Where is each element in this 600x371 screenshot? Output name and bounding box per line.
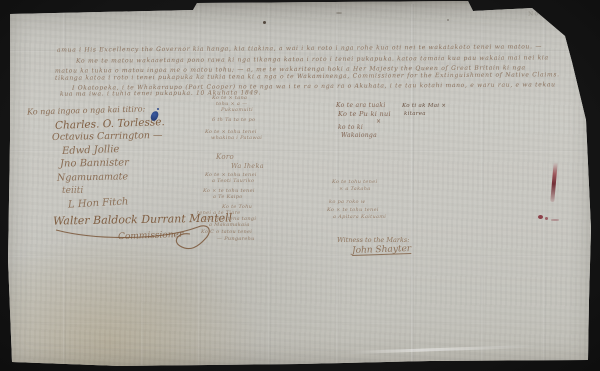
red-wax-dot: [545, 217, 548, 220]
mark-entry: kitarea: [404, 111, 426, 117]
mark-entry: 6 th Ta ta te po: [212, 117, 255, 123]
mark-entry: Ko ti ak Mai ×: [402, 103, 446, 109]
mark-entry: a Teoti Tauriko: [212, 178, 254, 184]
ink-speck: [263, 21, 266, 24]
marks-witness-label: Witness to the Marks:: [337, 236, 409, 244]
mark-entry: ×: [376, 118, 381, 125]
mark-entry: a Apitara Kaituami: [333, 214, 386, 220]
mark-entry: Koro: [216, 153, 234, 161]
witness-signature: Jno Bannister: [60, 157, 129, 169]
mark-entry: Ko × te tohu tenei: [327, 207, 379, 213]
mark-entry: Ko te ara tuaki: [336, 102, 386, 109]
red-wax-dot: [551, 219, 559, 221]
pencil-annotation: No 5 AW: [528, 9, 563, 17]
witness-signature: teiiti: [62, 186, 83, 196]
mark-entry: Wakaionga: [341, 132, 377, 139]
document-page: No 5 AW amua i His Excellency the Govern…: [0, 0, 600, 371]
red-wax-dot: [538, 215, 543, 219]
mark-entry: × a Takaha: [339, 186, 371, 192]
scan-backdrop: No 5 AW amua i His Excellency the Govern…: [0, 0, 600, 371]
witness-signature: Octavius Carrington —: [52, 130, 163, 143]
marks-witness-signature: John Shayter: [352, 244, 411, 256]
ink-speck: [447, 19, 449, 21]
mark-entry: a Te Kaipo: [213, 194, 243, 200]
mark-entry: Ko te tohu tenei: [332, 179, 377, 185]
mark-entry: Pukuamuiti: [221, 107, 253, 113]
witness-signature: Ngamunamate: [57, 171, 128, 183]
mark-entry: a Makamakaia: [209, 222, 250, 228]
mark-entry: Wa Iheka: [231, 162, 264, 170]
ink-speck: [336, 12, 342, 14]
mark-entry: ko to ki: [338, 124, 363, 131]
mark-entry: — Pungarehu: [217, 236, 255, 242]
mark-entry: ko pa roko w: [329, 199, 365, 205]
mark-entry: Ko C o tatou tenei: [201, 229, 252, 235]
mark-entry: Ko te Pu ki nui: [338, 110, 391, 118]
blue-ink-blot-satellite: [157, 108, 159, 110]
mark-entry: whakina i Patawai: [211, 135, 262, 141]
witness-signature: Edwd Jollie: [62, 144, 120, 157]
